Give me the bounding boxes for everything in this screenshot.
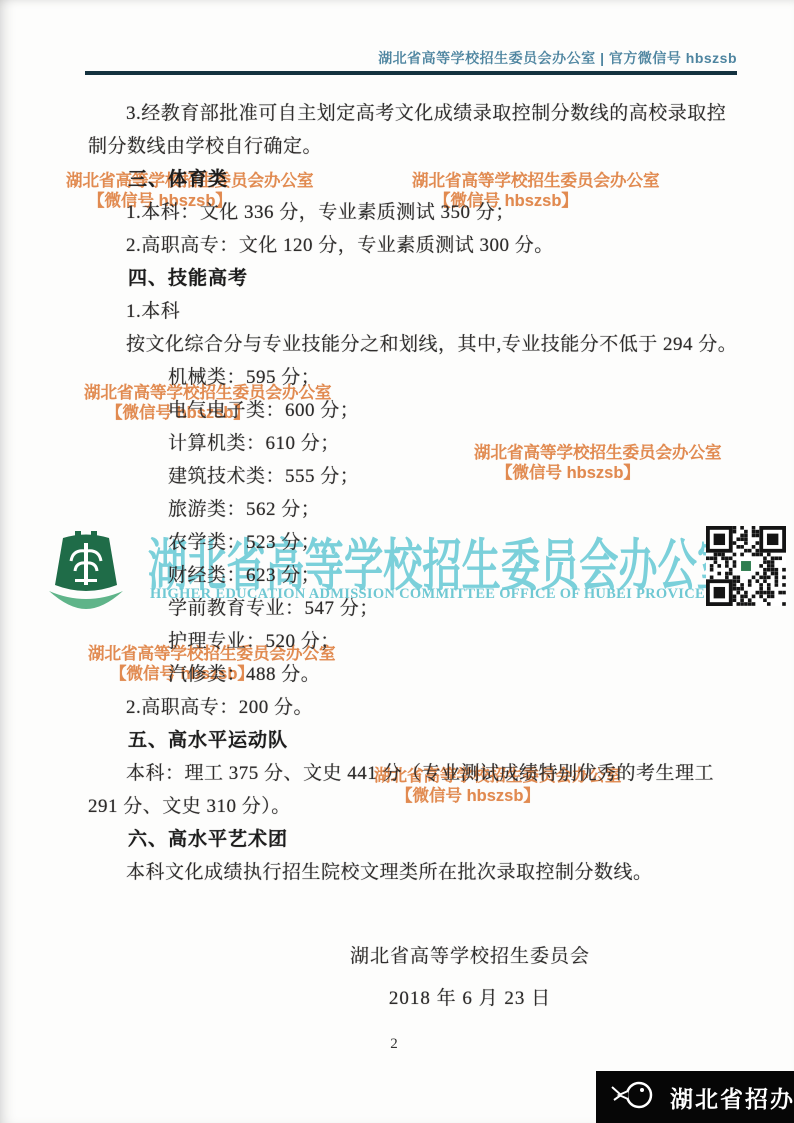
signature-date: 2018 年 6 月 23 日 (150, 978, 790, 1020)
category-line: 旅游类：562 分； (88, 493, 740, 526)
footer-badge-label: 湖北省招办 (670, 1081, 794, 1114)
bird-logo-icon (608, 1077, 662, 1118)
page-number: 2 (382, 1036, 406, 1053)
category-line: 汽修类：488 分。 (88, 658, 740, 691)
line-sports-benke: 1.本科：文化 336 分，专业素质测试 350 分； (88, 196, 740, 229)
heading-art-troupe: 六、高水平艺术团 (88, 823, 740, 856)
category-line: 学前教育专业：547 分； (88, 592, 740, 625)
category-line: 建筑技术类：555 分； (88, 460, 740, 493)
line-skills-benke: 1.本科 (88, 295, 740, 328)
document-body: 3.经教育部批准可自主划定高考文化成绩录取控制分数线的高校录取控制分数线由学校自… (88, 97, 740, 889)
masthead-text: 湖北省高等学校招生委员会办公室 | 官方微信号 hbszsb (85, 48, 737, 68)
signature-block: 湖北省高等学校招生委员会 2018 年 6 月 23 日 (150, 936, 790, 1020)
line-art-troupe: 本科文化成绩执行招生院校文理类所在批次录取控制分数线。 (88, 856, 740, 889)
header-rule (85, 71, 737, 75)
category-line: 计算机类：610 分； (88, 427, 740, 460)
line-skills-gaozhi: 2.高职高专：200 分。 (88, 691, 740, 724)
document-page: 湖北省高等学校招生委员会办公室 | 官方微信号 hbszsb 湖北省高等学校招生… (0, 0, 794, 1123)
line-sports-team: 本科：理工 375 分、文史 441 分（专业测试成绩特别优秀的考生理工 291… (88, 757, 740, 823)
category-line: 电气电子类：600 分； (88, 394, 740, 427)
signature-org: 湖北省高等学校招生委员会 (150, 936, 790, 978)
category-line: 财经类：623 分； (88, 559, 740, 592)
category-line: 护理专业：520 分； (88, 625, 740, 658)
heading-sports: 三、体育类 (88, 163, 740, 196)
heading-skills: 四、技能高考 (88, 262, 740, 295)
category-line: 农学类：523 分； (88, 526, 740, 559)
paragraph-self-determined: 3.经教育部批准可自主划定高考文化成绩录取控制分数线的高校录取控制分数线由学校自… (88, 97, 740, 163)
category-line: 机械类：595 分； (88, 361, 740, 394)
line-skills-rule: 按文化综合分与专业技能分之和划线，其中,专业技能分不低于 294 分。 (88, 328, 740, 361)
footer-badge: 湖北省招办 (596, 1071, 794, 1123)
heading-sports-team: 五、高水平运动队 (88, 724, 740, 757)
line-sports-gaozhi: 2.高职高专：文化 120 分，专业素质测试 300 分。 (88, 229, 740, 262)
